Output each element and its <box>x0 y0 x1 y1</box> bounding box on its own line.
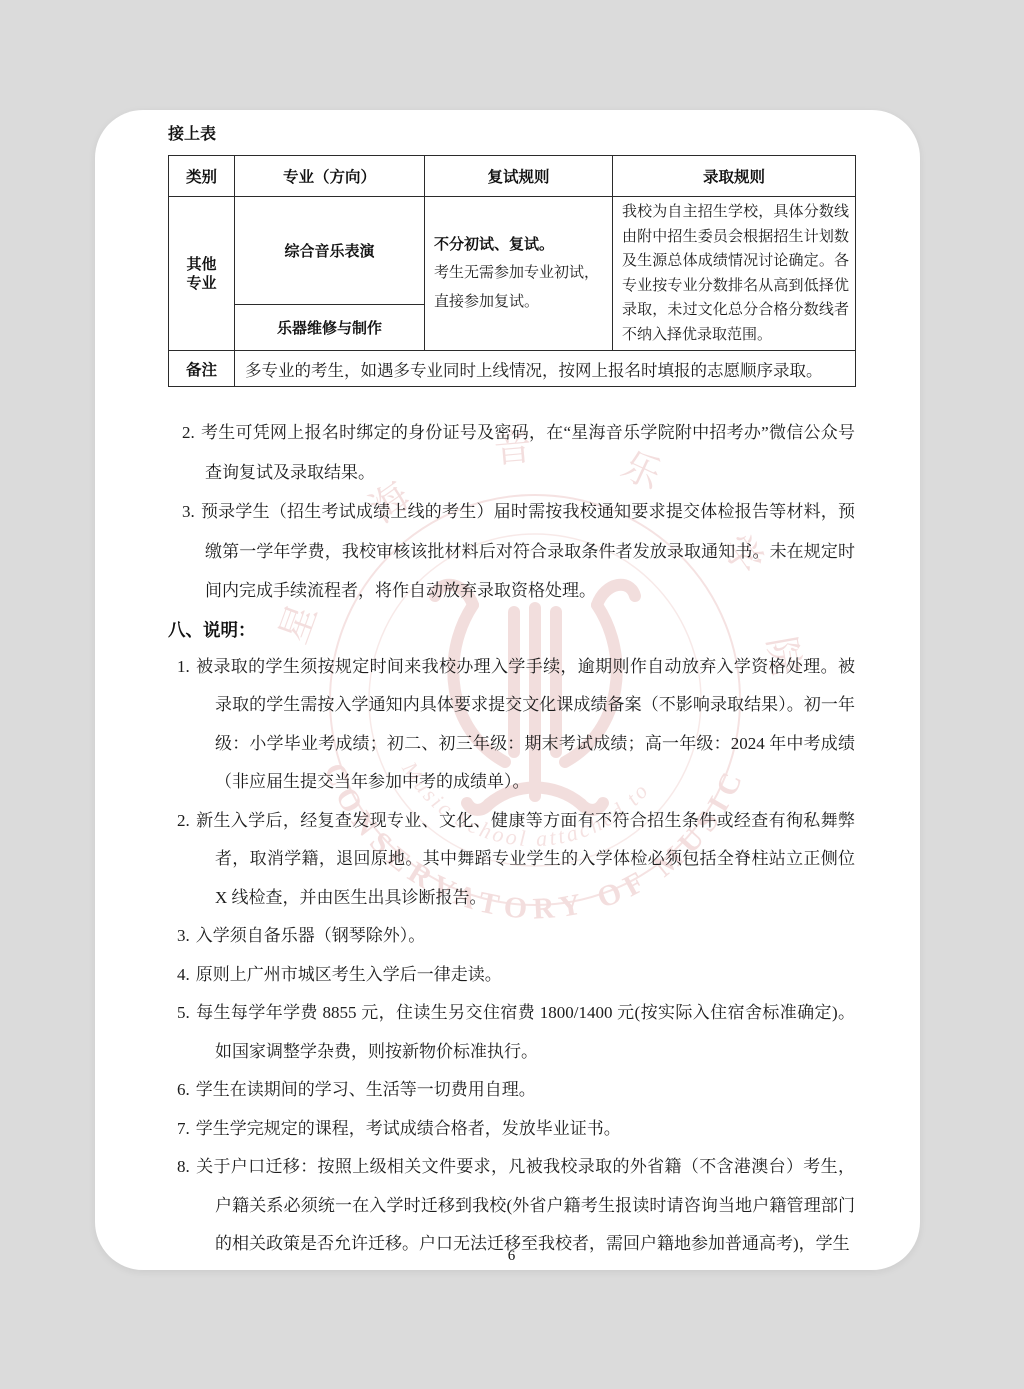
note-text: 预录学生（招生考试成绩上线的考生）届时需按我校通知要求提交体检报告等材料，预缴第… <box>201 502 855 600</box>
cell-major-instrument-repair: 乐器维修与制作 <box>235 304 425 350</box>
explanation-item-5: 5.每生每学年学费 8855 元，住读生另交住宿费 1800/1400 元(按实… <box>168 994 855 1071</box>
table-remark-row: 备注 多专业的考生，如遇多专业同时上线情况，按网上报名时填报的志愿顺序录取。 <box>169 351 856 387</box>
admission-rules-table: 类别 专业（方向） 复试规则 录取规则 其他 专业 综合音乐表演 不分初试、复试… <box>168 155 856 387</box>
note-item-3: 3.预录学生（招生考试成绩上线的考生）届时需按我校通知要求提交体检报告等材料，预… <box>168 492 855 611</box>
screenshot-root: CONSERVATORY OF MUSIC Music School attac… <box>0 0 1024 1389</box>
item-number: 2. <box>177 811 196 830</box>
header-category: 类别 <box>169 156 235 197</box>
section-heading-shuoming: 八、说明： <box>168 615 855 645</box>
category-line: 专业 <box>186 275 216 292</box>
item-number: 8. <box>177 1157 196 1176</box>
explanation-item-1: 1.被录取的学生须按规定时间来我校办理入学手续，逾期则作自动放弃入学资格处理。被… <box>168 648 855 802</box>
cell-major-comprehensive-music: 综合音乐表演 <box>235 197 425 305</box>
cell-retest-rules: 不分初试、复试。 考生无需参加专业初试，直接参加复试。 <box>425 197 613 351</box>
explanation-item-8: 8.关于户口迁移：按照上级相关文件要求，凡被我校录取的外省籍（不含港澳台）考生，… <box>168 1148 855 1264</box>
cell-admission-rules: 我校为自主招生学校，具体分数线由附中招生委员会根据招生计划数及生源总体成绩情况讨… <box>613 197 856 351</box>
table-continuation-note: 接上表 <box>168 124 855 146</box>
cell-category-other: 其他 专业 <box>169 197 235 351</box>
explanation-item-6: 6.学生在读期间的学习、生活等一切费用自理。 <box>168 1071 855 1110</box>
item-text: 新生入学后，经复查发现专业、文化、健康等方面有不符合招生条件或经查有徇私舞弊者，… <box>196 811 855 907</box>
item-number: 7. <box>177 1119 196 1138</box>
note-text: 考生可凭网上报名时绑定的身份证号及密码，在“星海音乐学院附中招考办”微信公众号查… <box>201 423 855 482</box>
table-row: 其他 专业 综合音乐表演 不分初试、复试。 考生无需参加专业初试，直接参加复试。… <box>169 197 856 305</box>
explanation-item-7: 7.学生学完规定的课程，考试成绩合格者，发放毕业证书。 <box>168 1110 855 1149</box>
remark-label: 备注 <box>169 351 235 387</box>
explanation-list: 1.被录取的学生须按规定时间来我校办理入学手续，逾期则作自动放弃入学资格处理。被… <box>168 648 855 1264</box>
item-number: 3. <box>177 926 196 945</box>
note-item-2: 2.考生可凭网上报名时绑定的身份证号及密码，在“星海音乐学院附中招考办”微信公众… <box>168 413 855 492</box>
item-text: 学生学完规定的课程，考试成绩合格者，发放毕业证书。 <box>196 1119 621 1138</box>
item-number: 5. <box>177 1003 196 1022</box>
item-text: 学生在读期间的学习、生活等一切费用自理。 <box>196 1080 536 1099</box>
header-retest-rules: 复试规则 <box>425 156 613 197</box>
item-number: 4. <box>177 965 196 984</box>
page-content: 接上表 类别 专业（方向） 复试规则 录取规则 其他 专业 综合音乐表演 <box>168 124 855 1264</box>
item-number: 1. <box>177 657 196 676</box>
retest-headline: 不分初试、复试。 <box>434 230 603 259</box>
table-header-row: 类别 专业（方向） 复试规则 录取规则 <box>169 156 856 197</box>
item-number: 6. <box>177 1080 196 1099</box>
item-text: 关于户口迁移：按照上级相关文件要求，凡被我校录取的外省籍（不含港澳台）考生，户籍… <box>196 1157 855 1253</box>
header-major: 专业（方向） <box>235 156 425 197</box>
item-text: 每生每学年学费 8855 元，住读生另交住宿费 1800/1400 元(按实际入… <box>196 1003 855 1061</box>
remark-text: 多专业的考生，如遇多专业同时上线情况，按网上报名时填报的志愿顺序录取。 <box>235 351 856 387</box>
top-notes-list: 2.考生可凭网上报名时绑定的身份证号及密码，在“星海音乐学院附中招考办”微信公众… <box>168 413 855 611</box>
explanation-item-3: 3.入学须自备乐器（钢琴除外）。 <box>168 917 855 956</box>
item-text: 原则上广州市城区考生入学后一律走读。 <box>196 965 502 984</box>
item-text: 入学须自备乐器（钢琴除外）。 <box>196 926 426 945</box>
header-admission-rules: 录取规则 <box>613 156 856 197</box>
retest-body: 考生无需参加专业初试，直接参加复试。 <box>434 265 599 310</box>
explanation-item-2: 2.新生入学后，经复查发现专业、文化、健康等方面有不符合招生条件或经查有徇私舞弊… <box>168 802 855 918</box>
item-text: 被录取的学生须按规定时间来我校办理入学手续，逾期则作自动放弃入学资格处理。被录取… <box>196 657 855 792</box>
document-page: CONSERVATORY OF MUSIC Music School attac… <box>95 110 920 1270</box>
explanation-item-4: 4.原则上广州市城区考生入学后一律走读。 <box>168 956 855 995</box>
note-number: 3. <box>182 502 201 521</box>
note-number: 2. <box>182 423 201 442</box>
category-line: 其他 <box>186 256 216 273</box>
